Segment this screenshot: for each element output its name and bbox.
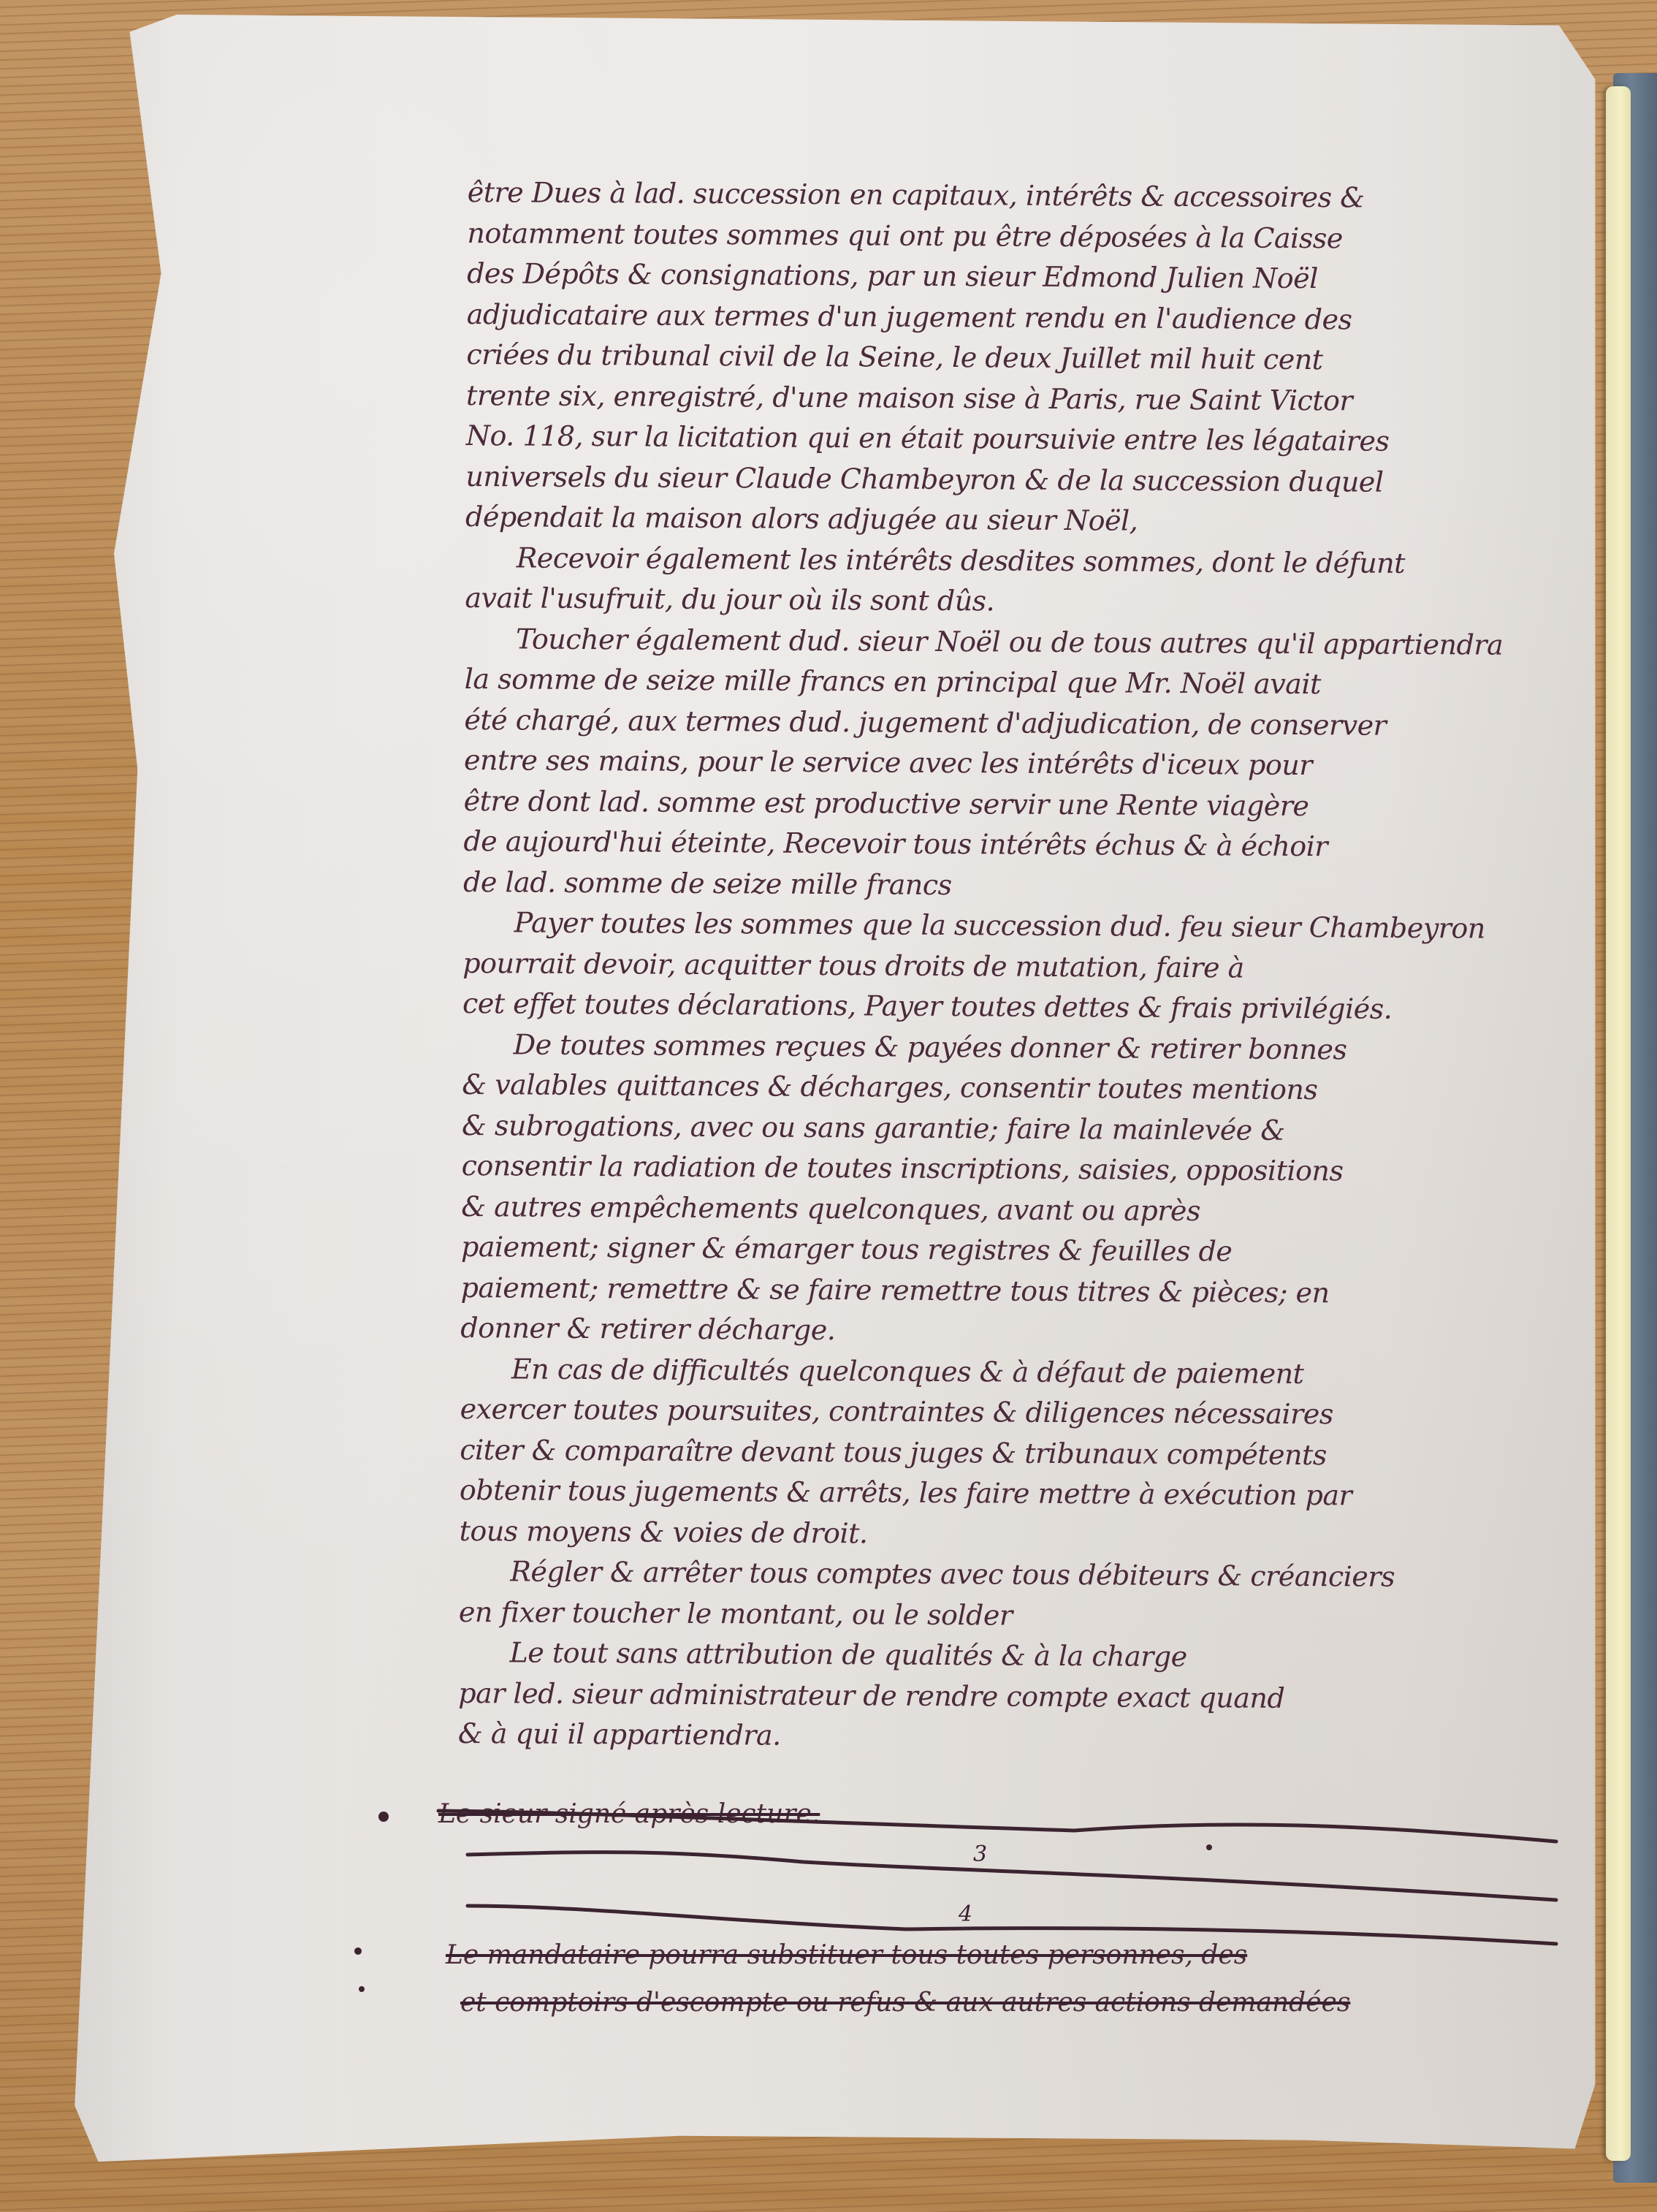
manuscript-text: être Dues à lad. succession en capitaux,…	[458, 172, 1578, 1761]
paragraph-start-line: Recevoir également les intérêts desdites…	[465, 537, 1576, 585]
text-line: la somme de seize mille francs en princi…	[465, 659, 1575, 707]
text-line: universels du sieur Claude Chambeyron & …	[465, 456, 1576, 503]
text-line: exercer toutes poursuites, contraintes &…	[460, 1389, 1570, 1437]
paragraph-start-line: Toucher également dud. sieur Noël ou de …	[465, 618, 1575, 666]
text-line: consentir la radiation de toutes inscrip…	[462, 1146, 1572, 1193]
text-line: obtenir tous jugements & arrêts, les fai…	[460, 1470, 1570, 1518]
text-line: être dont lad. somme est productive serv…	[464, 780, 1574, 828]
text-line: pourrait devoir, acquitter tous droits d…	[462, 943, 1573, 990]
text-line: adjudicataire aux termes d'un jugement r…	[467, 294, 1577, 341]
text-line: avait l'usufruit, du jour où ils sont dû…	[465, 578, 1575, 626]
text-line: cet effet toutes déclarations, Payer tou…	[462, 984, 1573, 1031]
text-line: entre ses mains, pour le service avec le…	[464, 740, 1574, 788]
text-line: être Dues à lad. succession en capitaux,…	[468, 172, 1578, 220]
text-line: par led. sieur administrateur de rendre …	[458, 1673, 1569, 1720]
text-line: dépendait la maison alors adjugée au sie…	[465, 497, 1576, 544]
cancelled-signature-line: Le sieur signé après lecture.	[438, 1799, 1607, 1829]
cancelled-line: Le mandataire pourra substituer tous tou…	[446, 1940, 1615, 1970]
text-line: citer & comparaître devant tous juges & …	[460, 1429, 1570, 1477]
paragraph-start-line: Régler & arrêter tous comptes avec tous …	[459, 1551, 1569, 1599]
binder-yellow-page-edge	[1606, 86, 1631, 2161]
paragraph-start-line: En cas de difficultés quelconques & à dé…	[460, 1348, 1571, 1396]
text-line: des Dépôts & consignations, par un sieur…	[467, 254, 1577, 301]
text-line: paiement; signer & émarger tous registre…	[461, 1227, 1572, 1274]
text-line: trente six, enregistré, d'une maison sis…	[466, 375, 1577, 422]
cancelled-line: et comptoirs d'escompte ou refus & aux a…	[460, 1988, 1629, 2018]
text-line: de lad. somme de seize mille francs	[463, 862, 1574, 909]
text-line: & subrogations, avec ou sans garantie; f…	[462, 1105, 1572, 1152]
page-marker-3: 3	[973, 1842, 987, 1867]
page-marker-4: 4	[959, 1901, 972, 1927]
paragraph-start-line: Payer toutes les sommes que la successio…	[463, 902, 1574, 950]
text-line: & valables quittances & décharges, conse…	[462, 1065, 1572, 1112]
text-line: No. 118, sur la licitation qui en était …	[466, 416, 1577, 463]
text-line: paiement; remettre & se faire remettre t…	[461, 1267, 1572, 1315]
paragraph-start-line: De toutes sommes reçues & payées donner …	[462, 1024, 1573, 1071]
text-line: de aujourd'hui éteinte, Recevoir tous in…	[463, 821, 1574, 869]
text-line: & autres empêchements quelconques, avant…	[461, 1186, 1572, 1234]
text-line: tous moyens & voies de droit.	[459, 1510, 1569, 1558]
text-line: été chargé, aux termes dud. jugement d'a…	[464, 699, 1574, 747]
paragraph-start-line: Le tout sans attribution de qualités & à…	[458, 1633, 1569, 1680]
text-line: notamment toutes sommes qui ont pu être …	[467, 213, 1577, 260]
text-line: en fixer toucher le montant, ou le solde…	[459, 1592, 1569, 1639]
text-line: donner & retirer décharge.	[460, 1308, 1571, 1356]
text-line: & à qui il appartiendra.	[458, 1714, 1569, 1761]
text-line: criées du tribunal civil de la Seine, le…	[466, 335, 1577, 382]
